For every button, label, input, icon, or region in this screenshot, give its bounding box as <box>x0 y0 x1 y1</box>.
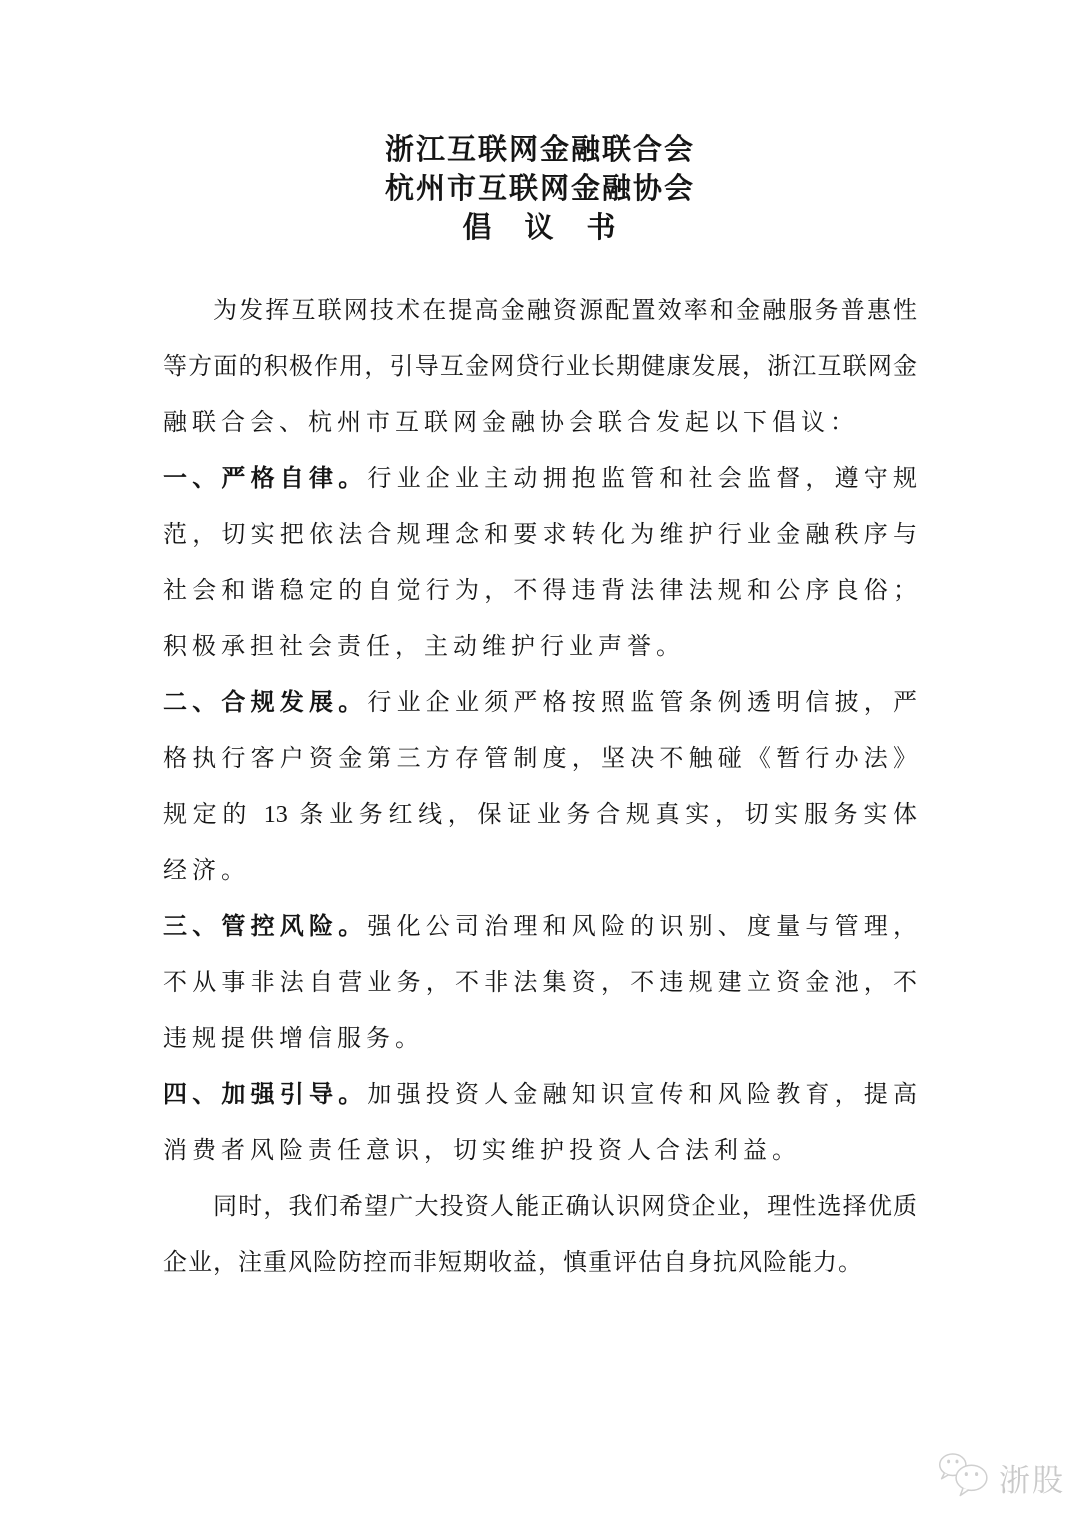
text-line: 不从事非法自营业务，不非法集资，不违规建立资金池，不 <box>163 955 917 1011</box>
section-1-text: 行业企业主动拥抱监管和社会监督，遵守规 <box>367 466 917 492</box>
text-line: 融联合会、杭州市互联网金融协会联合发起以下倡议： <box>163 395 917 451</box>
text-line: 三、管控风险。强化公司治理和风险的识别、度量与管理， <box>163 899 917 955</box>
text-line: 四、加强引导。加强投资人金融知识宣传和风险教育，提高 <box>163 1067 917 1123</box>
text-line: 社会和谐稳定的自觉行为，不得违背法律法规和公序良俗； <box>163 563 917 619</box>
text-line: 一、严格自律。行业企业主动拥抱监管和社会监督，遵守规 <box>163 451 917 507</box>
title-org-line-1: 浙江互联网金融联合会 <box>0 131 1080 170</box>
watermark: 浙股 <box>936 1450 1065 1505</box>
section-1-heading: 一、严格自律。 <box>163 466 367 492</box>
text-line: 同时，我们希望广大投资人能正确认识网贷企业，理性选择优质 <box>163 1179 917 1235</box>
title-doc-type: 倡 议 书 <box>0 209 1080 248</box>
paragraph-intro: 为发挥互联网技术在提高金融资源配置效率和金融服务普惠性 等方面的积极作用，引导互… <box>163 283 917 451</box>
document-page: 浙江互联网金融联合会 杭州市互联网金融协会 倡 议 书 为发挥互联网技术在提高金… <box>0 0 1080 1527</box>
section-3-text: 强化公司治理和风险的识别、度量与管理， <box>367 914 917 940</box>
section-4-heading: 四、加强引导。 <box>163 1082 367 1108</box>
text-line: 企业，注重风险防控而非短期收益，慎重评估自身抗风险能力。 <box>163 1235 917 1291</box>
text-line: 范，切实把依法合规理念和要求转化为维护行业金融秩序与 <box>163 507 917 563</box>
text-line: 违规提供增信服务。 <box>163 1011 917 1067</box>
section-1-self-discipline: 一、严格自律。行业企业主动拥抱监管和社会监督，遵守规 范，切实把依法合规理念和要… <box>163 451 917 675</box>
text-line: 二、合规发展。行业企业须严格按照监管条例透明信披，严 <box>163 675 917 731</box>
section-2-compliant-development: 二、合规发展。行业企业须严格按照监管条例透明信披，严 格执行客户资金第三方存管制… <box>163 675 917 899</box>
section-4-strengthen-guidance: 四、加强引导。加强投资人金融知识宣传和风险教育，提高 消费者风险责任意识，切实维… <box>163 1067 917 1179</box>
text-line: 积极承担社会责任，主动维护行业声誉。 <box>163 619 917 675</box>
text-line: 为发挥互联网技术在提高金融资源配置效率和金融服务普惠性 <box>163 283 917 339</box>
wechat-icon <box>936 1450 992 1505</box>
watermark-label: 浙股 <box>999 1455 1065 1500</box>
document-title-block: 浙江互联网金融联合会 杭州市互联网金融协会 倡 议 书 <box>0 131 1080 248</box>
text-line: 格执行客户资金第三方存管制度，坚决不触碰《暂行办法》 <box>163 731 917 787</box>
paragraph-closing: 同时，我们希望广大投资人能正确认识网贷企业，理性选择优质 企业，注重风险防控而非… <box>163 1179 917 1291</box>
section-4-text: 加强投资人金融知识宣传和风险教育，提高 <box>367 1082 917 1108</box>
document-body: 为发挥互联网技术在提高金融资源配置效率和金融服务普惠性 等方面的积极作用，引导互… <box>163 283 917 1291</box>
text-line: 消费者风险责任意识，切实维护投资人合法利益。 <box>163 1123 917 1179</box>
section-3-risk-control: 三、管控风险。强化公司治理和风险的识别、度量与管理， 不从事非法自营业务，不非法… <box>163 899 917 1067</box>
text-line: 经济。 <box>163 843 917 899</box>
text-line: 规定的 13 条业务红线，保证业务合规真实，切实服务实体 <box>163 787 917 843</box>
title-org-line-2: 杭州市互联网金融协会 <box>0 170 1080 209</box>
section-2-heading: 二、合规发展。 <box>163 690 367 716</box>
text-line: 等方面的积极作用，引导互金网贷行业长期健康发展，浙江互联网金 <box>163 339 917 395</box>
section-3-heading: 三、管控风险。 <box>163 914 367 940</box>
section-2-text: 行业企业须严格按照监管条例透明信披，严 <box>367 690 917 716</box>
